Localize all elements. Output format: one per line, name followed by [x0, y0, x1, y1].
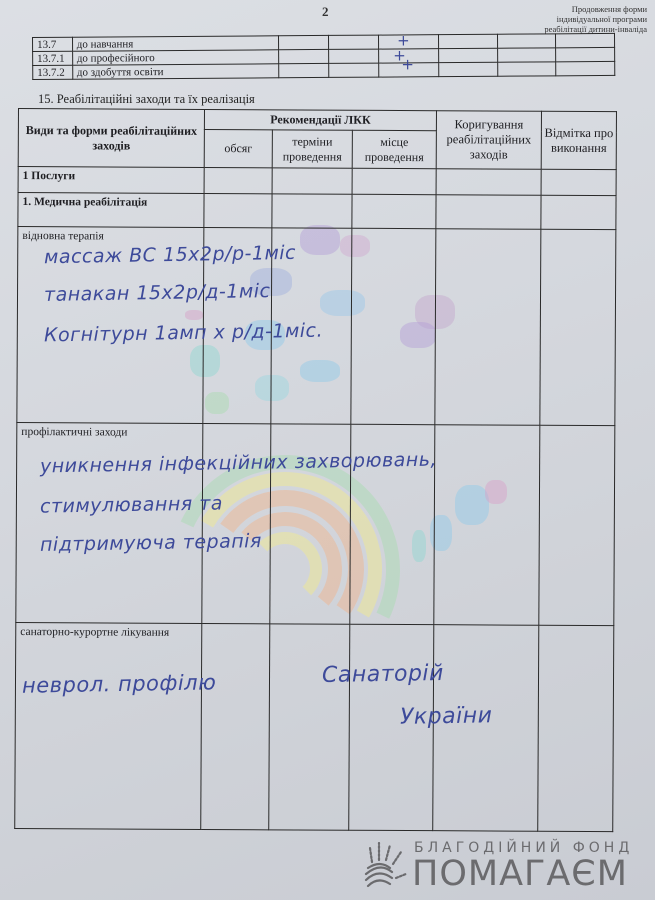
page-number: 2: [322, 4, 329, 20]
table-row: санаторно-курортне лікування: [15, 622, 614, 831]
table-row: 1 Послуги: [18, 167, 616, 196]
header-types: Види та форми реабілітаційних заходів: [18, 109, 204, 168]
header-correction: Коригування реабілітаційних заходів: [436, 111, 541, 170]
handwritten-line: Санаторій: [322, 661, 444, 688]
form-note: Продовження форми індивідуальної програм…: [457, 4, 647, 34]
table-row: 13.7.2 до здобуття освіти +: [33, 61, 615, 79]
header-terms: терміни проведення: [272, 130, 352, 168]
table-row: 1. Медична реабілітація: [18, 193, 616, 230]
header-place: місце проведення: [352, 130, 436, 168]
section-13-table: 13.7 до навчання + 13.7.1 до професійног…: [32, 33, 615, 80]
header-mark: Відмітка про виконання: [541, 111, 616, 169]
header-row: Види та форми реабілітаційних заходів Ре…: [18, 109, 616, 132]
check-mark: +: [401, 55, 414, 73]
charity-logo: БЛАГОДІЙНИЙ ФОНД ПОМАГАЄМ: [362, 838, 652, 896]
handwritten-line: підтримуюча терапія: [40, 530, 262, 556]
handwritten-line: танакан 15х2р/д-1міс: [44, 280, 271, 306]
handwritten-line: неврол. профілю: [22, 670, 217, 697]
document-page: 2 Продовження форми індивідуальної прогр…: [0, 0, 655, 900]
header-volume: обсяг: [204, 129, 272, 167]
section-title: 15. Реабілітаційні заходи та їх реалізац…: [38, 92, 255, 107]
hand-print-icon: [362, 842, 408, 892]
header-lkk: Рекомендації ЛКК: [204, 109, 436, 130]
logo-title: ПОМАГАЄМ: [412, 854, 628, 894]
handwritten-line: стимулювання та: [40, 492, 223, 517]
handwritten-line: України: [400, 703, 493, 730]
handwritten-line: массаж ВС 15х2р/р-1міс: [44, 242, 296, 268]
